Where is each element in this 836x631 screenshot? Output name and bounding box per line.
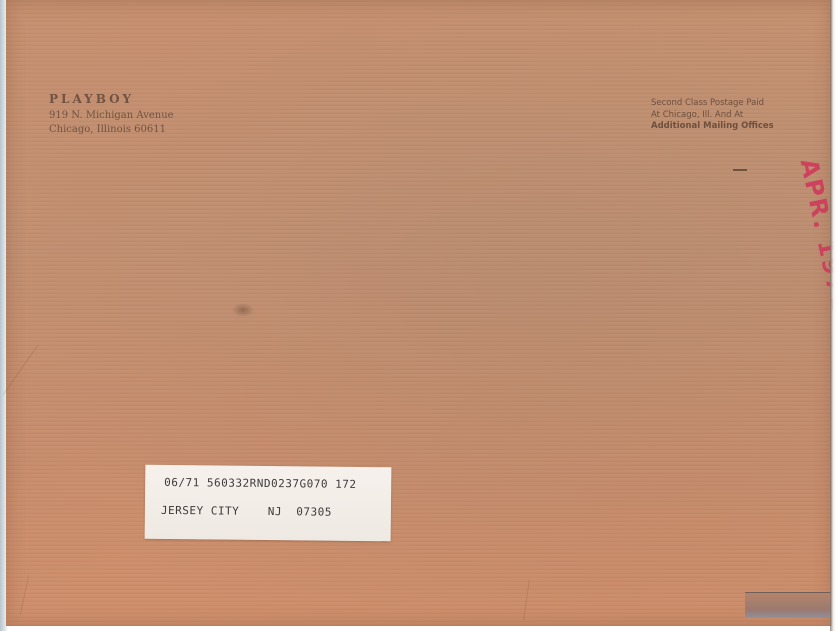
crease-bottom [523, 580, 530, 620]
subscriber-code: 06/71 560332RND0237G070 172 [164, 476, 356, 491]
scan-right-edge [830, 0, 836, 631]
return-address-city: Chicago, Illinois 60611 [49, 123, 174, 137]
postage-indicia: Second Class Postage Paid At Chicago, Il… [651, 98, 774, 133]
return-address-brand: PLAYBOY [49, 92, 174, 107]
return-address: PLAYBOY 919 N. Michigan Avenue Chicago, … [49, 92, 174, 137]
destination-city: JERSEY CITY NJ 07305 [161, 504, 332, 519]
postage-line-1: Second Class Postage Paid [651, 98, 774, 110]
crease-left [3, 345, 38, 395]
return-address-street: 919 N. Michigan Avenue [49, 109, 174, 123]
smudge [232, 303, 254, 317]
crease-bottom-left [20, 575, 29, 614]
torn-corner [745, 592, 831, 617]
postage-line-3: Additional Mailing Offices [651, 121, 774, 133]
pen-mark [733, 169, 747, 171]
postage-line-2: At Chicago, Ill. And At [651, 110, 774, 122]
mailing-label: 06/71 560332RND0237G070 172 JERSEY CITY … [145, 465, 392, 542]
